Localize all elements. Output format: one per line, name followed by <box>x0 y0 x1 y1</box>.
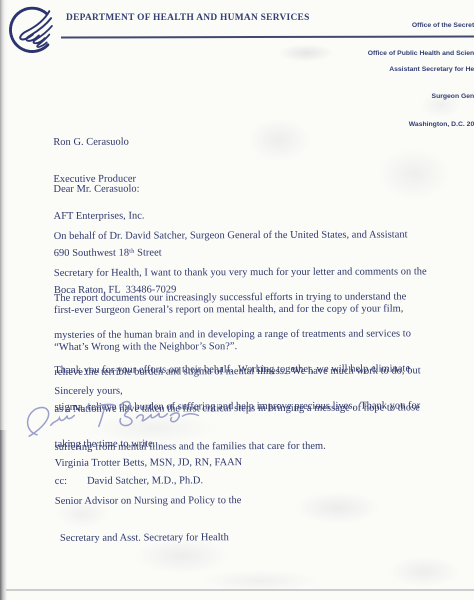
signer-title: Senior Advisor on Nursing and Policy to … <box>55 495 243 508</box>
signer-block: Virginia Trotter Betts, MSN, JD, RN, FAA… <box>55 432 243 570</box>
scanned-letter-page: DEPARTMENT OF HEALTH AND HUMAN SERVICES … <box>0 0 474 600</box>
body-line: On behalf of Dr. David Satcher, Surgeon … <box>54 229 427 243</box>
cc-recipient: David Satcher, M.D., Ph.D. <box>87 475 203 488</box>
scan-edge-line-bottom <box>6 589 474 591</box>
cc-line: cc: David Satcher, M.D., Ph.D. <box>55 475 203 488</box>
body-line: Thank you for your efforts on their beha… <box>54 363 420 377</box>
recipient-line: Ron G. Cerasuolo <box>53 136 175 149</box>
salutation: Dear Mr. Cerasuolo: <box>53 184 139 197</box>
scan-edge-shadow-left-lower <box>0 430 7 600</box>
cc-label: cc: <box>55 476 67 488</box>
signer-title: Secretary and Asst. Secretary for Health <box>60 532 243 545</box>
signer-name: Virginia Trotter Betts, MSN, JD, RN, FAA… <box>55 457 243 470</box>
letter-body: Ron G. Cerasuolo Executive Producer AFT … <box>0 0 474 600</box>
body-line: The report documents our increasingly su… <box>54 291 420 305</box>
